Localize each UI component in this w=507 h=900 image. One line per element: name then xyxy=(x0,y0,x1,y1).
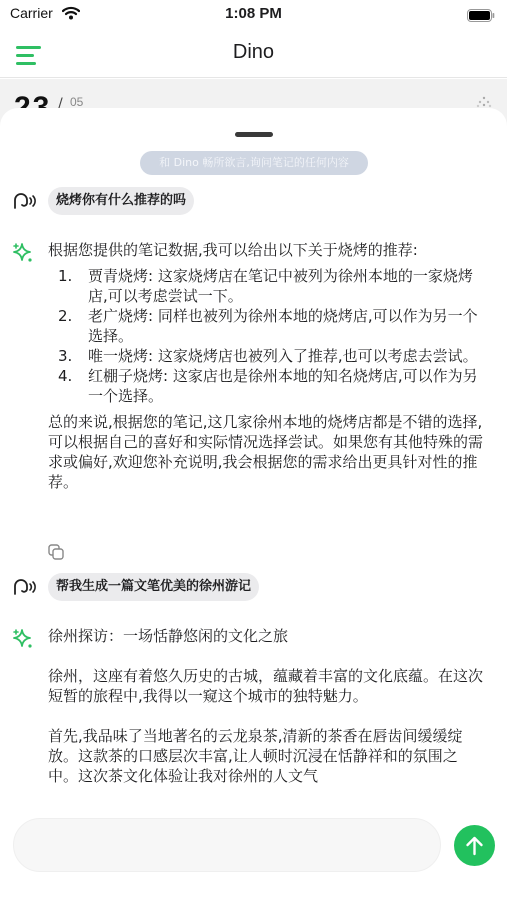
voice-speaker-icon[interactable] xyxy=(12,191,38,211)
list-number: 4. xyxy=(58,366,72,386)
list-item: 2.老广烧烤: 同样也被列为徐州本地的烧烤店,可以作为另一个选择。 xyxy=(48,306,483,346)
sheet-grabber[interactable] xyxy=(235,132,273,137)
travelogue-paragraph: 徐州，这座有着悠久历史的古城，蕴藏着丰富的文化底蕴。在这次短暂的旅程中,我得以一… xyxy=(48,666,483,706)
user-message-bubble: 帮我生成一篇文笔优美的徐州游记 xyxy=(48,573,259,601)
page-title: Dino xyxy=(0,41,507,64)
assistant-summary: 总的来说,根据您的笔记,这几家徐州本地的烧烤店都是不错的选择,可以根据自己的喜好… xyxy=(48,412,483,492)
list-item: 1.贾青烧烤: 这家烧烤店在笔记中被列为徐州本地的一家烧烤店,可以考虑尝试一下。 xyxy=(48,266,483,306)
assistant-intro: 根据您提供的笔记数据,我可以给出以下关于烧烤的推荐: xyxy=(48,240,483,260)
composer xyxy=(0,810,507,900)
ai-sparkle-icon xyxy=(12,628,34,650)
list-item: 4.红棚子烧烤: 这家店也是徐州本地的知名烧烤店,可以作为另一个选择。 xyxy=(48,366,483,406)
recommendation-list: 1.贾青烧烤: 这家烧烤店在笔记中被列为徐州本地的一家烧烤店,可以考虑尝试一下。… xyxy=(48,266,483,406)
list-number: 2. xyxy=(58,306,72,326)
voice-speaker-icon[interactable] xyxy=(12,577,38,597)
list-number: 3. xyxy=(58,346,72,366)
assistant-message-text: 徐州探访：一场恬静悠闲的文化之旅 徐州，这座有着悠久历史的古城，蕴藏着丰富的文化… xyxy=(48,626,483,786)
list-number: 1. xyxy=(58,266,72,286)
status-bar: Carrier 1:08 PM xyxy=(0,0,507,30)
user-message: 帮我生成一篇文笔优美的徐州游记 xyxy=(0,572,507,602)
list-item: 3.唯一烧烤: 这家烧烤店也被列入了推荐,也可以考虑去尝试。 xyxy=(48,346,483,366)
user-message: 烧烤你有什么推荐的吗 xyxy=(0,186,507,216)
list-text: 贾青烧烤: 这家烧烤店在笔记中被列为徐州本地的一家烧烤店,可以考虑尝试一下。 xyxy=(88,267,473,305)
chat-sheet: 和 Dino 畅所欲言,询问笔记的任何内容 烧烤你有什么推荐的吗 xyxy=(0,108,507,900)
battery-icon xyxy=(467,7,495,20)
copy-icon[interactable] xyxy=(48,544,64,560)
ai-sparkle-icon xyxy=(12,242,34,264)
list-text: 老广烧烤: 同样也被列为徐州本地的烧烤店,可以作为另一个选择。 xyxy=(88,307,478,345)
assistant-message-text: 根据您提供的笔记数据,我可以给出以下关于烧烤的推荐: 1.贾青烧烤: 这家烧烤店… xyxy=(48,240,483,492)
travelogue-paragraph: 首先,我品味了当地著名的云龙泉茶,清新的茶香在唇齿间缓缓绽放。这款茶的口感层次丰… xyxy=(48,726,483,786)
user-message-bubble: 烧烤你有什么推荐的吗 xyxy=(48,187,194,215)
clock: 1:08 PM xyxy=(0,5,507,22)
travelogue-title: 徐州探访：一场恬静悠闲的文化之旅 xyxy=(48,626,483,646)
send-button[interactable] xyxy=(454,825,495,866)
list-text: 唯一烧烤: 这家烧烤店也被列入了推荐,也可以考虑去尝试。 xyxy=(88,347,478,365)
list-text: 红棚子烧烤: 这家店也是徐州本地的知名烧烤店,可以作为另一个选择。 xyxy=(88,367,478,405)
chat-hint-pill: 和 Dino 畅所欲言,询问笔记的任何内容 xyxy=(140,151,368,175)
message-input[interactable] xyxy=(13,818,441,872)
arrow-up-icon xyxy=(463,834,486,857)
note-date-month: 05 xyxy=(70,95,83,109)
chat-list[interactable]: 烧烤你有什么推荐的吗 根据您提供的笔记数据,我可以给出以下关于烧烤的推荐: 1.… xyxy=(0,180,507,810)
nav-bar: Dino xyxy=(0,30,507,78)
